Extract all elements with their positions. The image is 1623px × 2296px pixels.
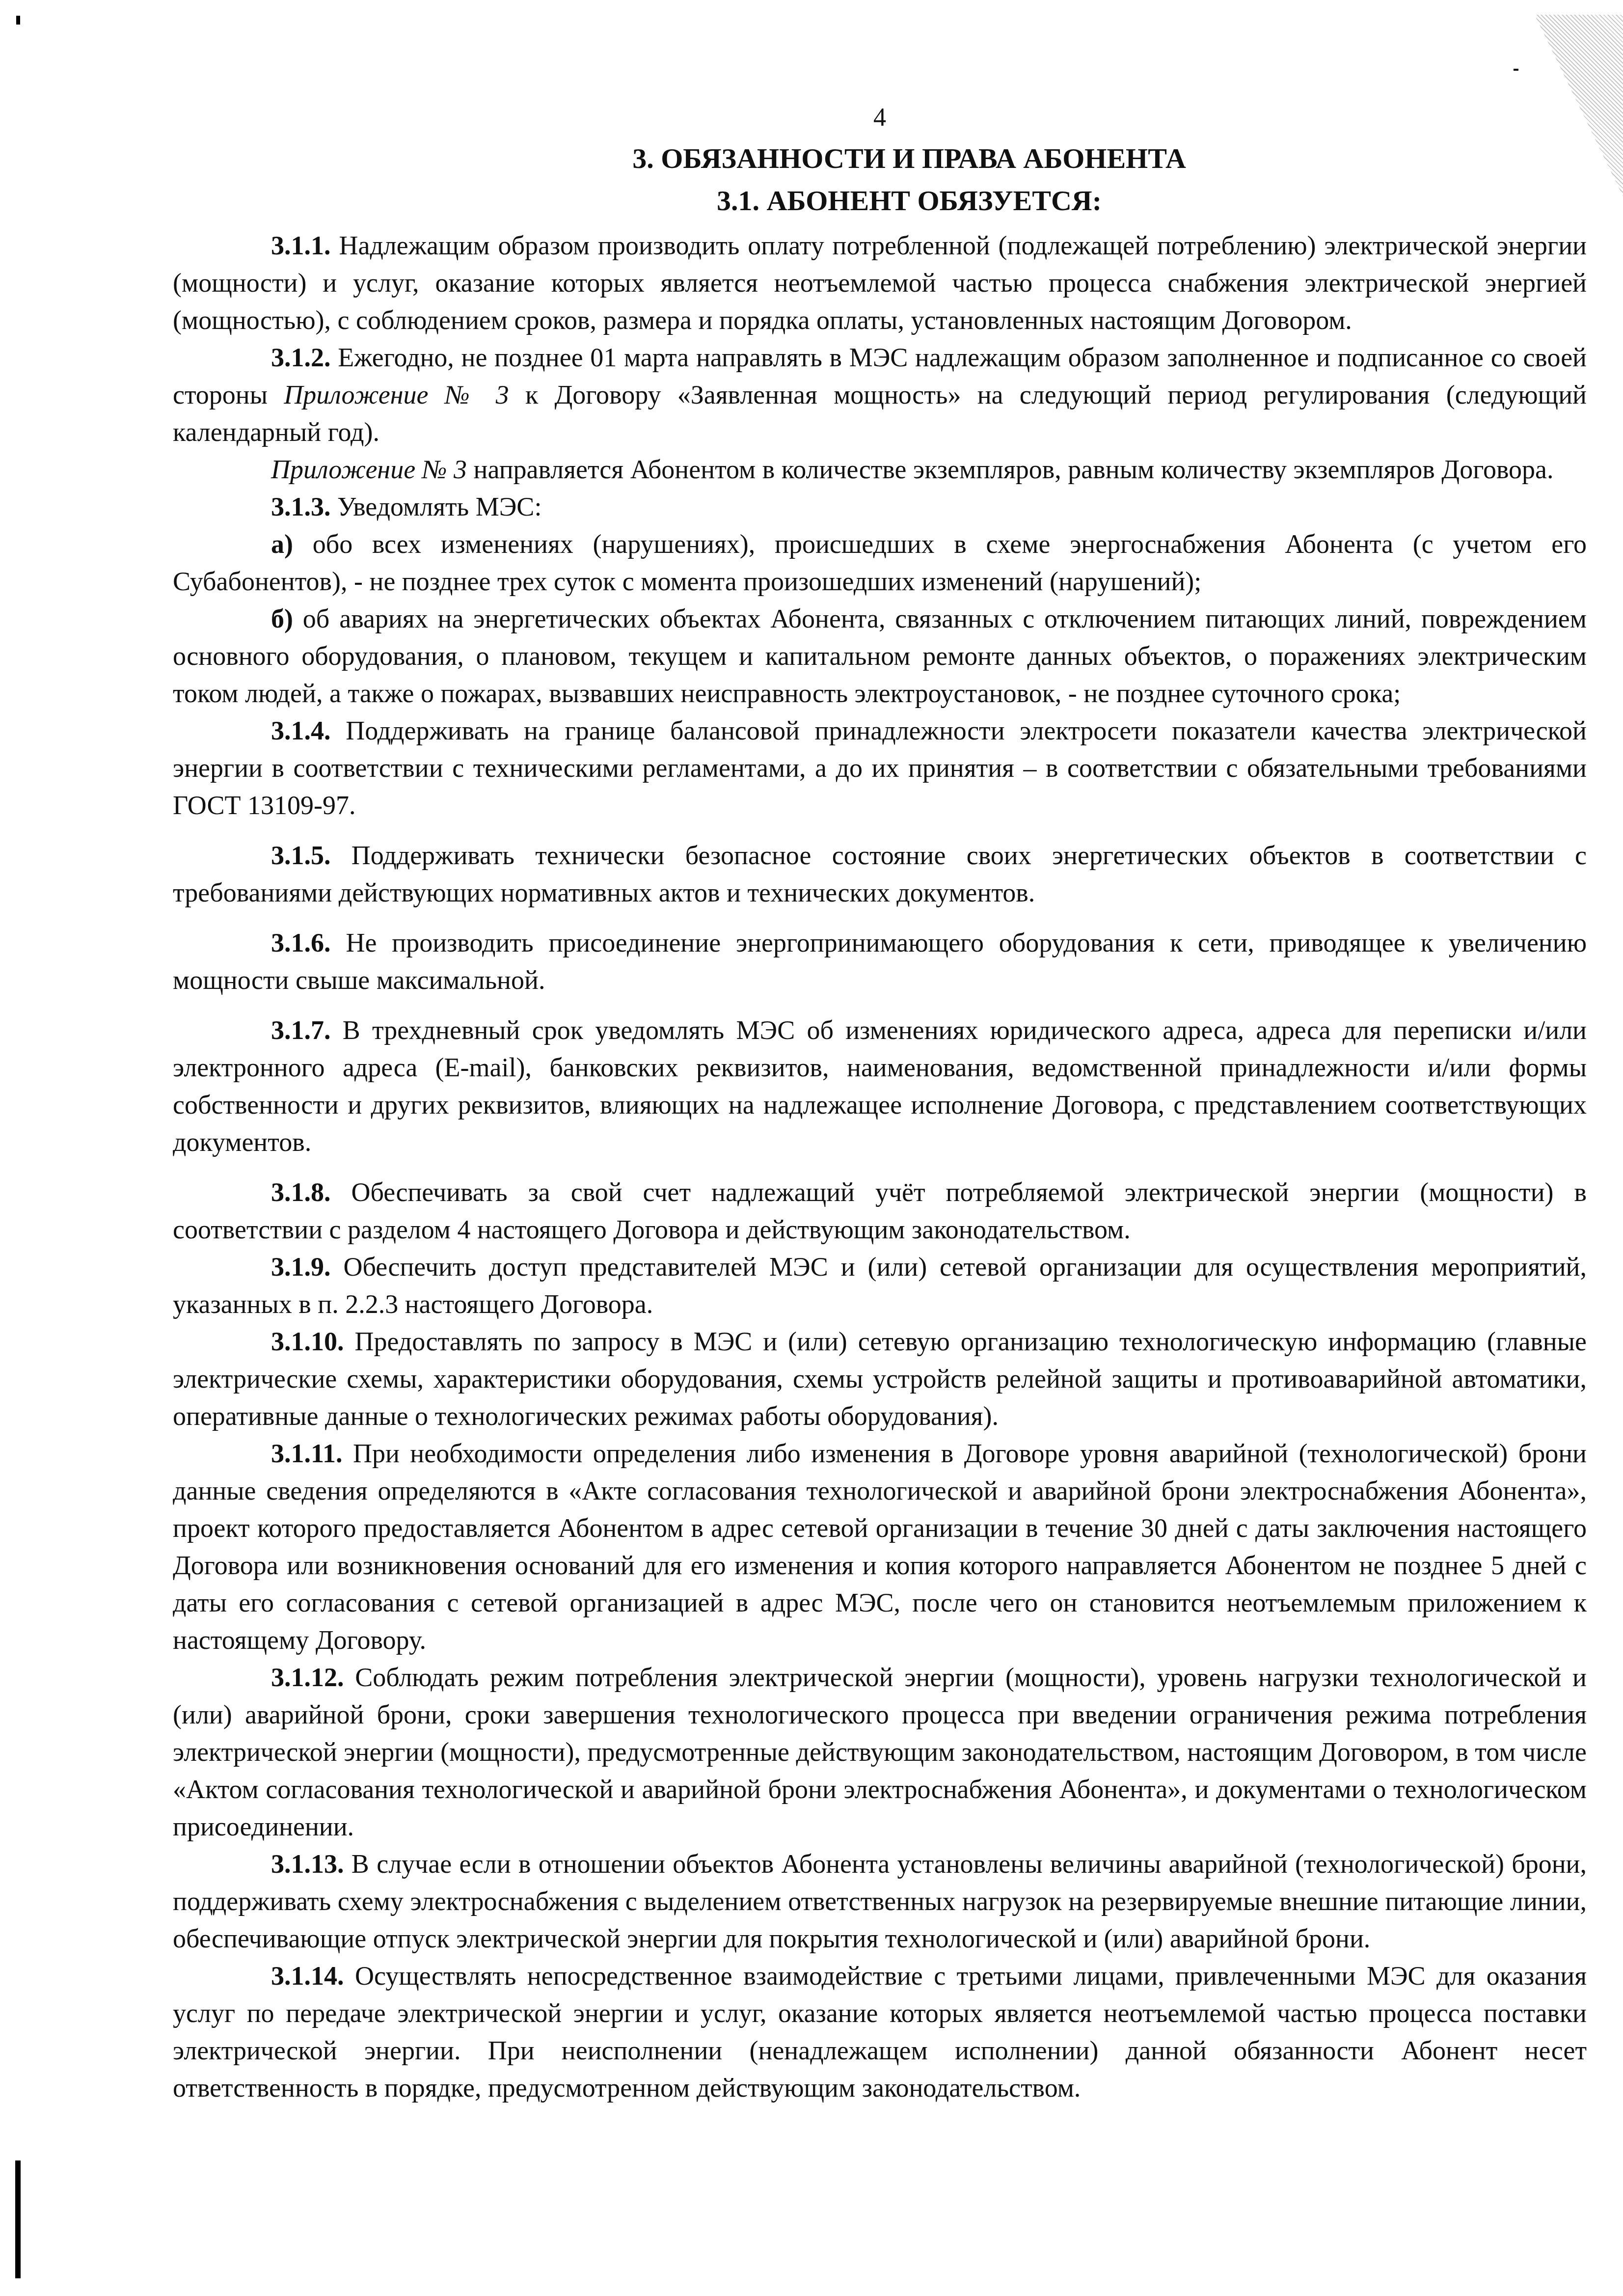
document-body: 4 3. ОБЯЗАННОСТИ И ПРАВА АБОНЕНТА 3.1. А… xyxy=(173,103,1587,2106)
clause-3-1-6: 3.1.6. Не производить присоединение энер… xyxy=(173,924,1587,999)
clause-text: об авариях на энергетических объектах Аб… xyxy=(173,604,1587,708)
clause-3-1-3: 3.1.3. Уведомлять МЭС: xyxy=(173,488,1587,525)
appendix-reference: Приложение № 3 xyxy=(284,380,509,410)
clause-3-1-8: 3.1.8. Обеспечивать за свой счет надлежа… xyxy=(173,1174,1587,1248)
clause-number: 3.1.3. xyxy=(271,492,331,521)
clause-number: 3.1.14. xyxy=(271,1961,344,1991)
appendix-reference: Приложение № 3 xyxy=(271,455,467,484)
clause-text: Обеспечить доступ представителей МЭС и (… xyxy=(173,1252,1587,1319)
clause-number: 3.1.8. xyxy=(271,1177,331,1207)
section-title: 3. ОБЯЗАННОСТИ И ПРАВА АБОНЕНТА xyxy=(232,139,1587,178)
clause-3-1-12: 3.1.12. Соблюдать режим потребления элек… xyxy=(173,1659,1587,1845)
clause-text: Не производить присоединение энергоприни… xyxy=(173,928,1587,995)
clause-3-1-3-b: б) об авариях на энергетических объектах… xyxy=(173,600,1587,712)
scanned-page: 4 3. ОБЯЗАННОСТИ И ПРАВА АБОНЕНТА 3.1. А… xyxy=(0,0,1623,2296)
clause-number: а) xyxy=(271,529,293,559)
clause-number: 3.1.6. xyxy=(271,928,331,957)
clause-number: 3.1.11. xyxy=(271,1439,343,1468)
clause-text: В трехдневный срок уведомлять МЭС об изм… xyxy=(173,1015,1587,1157)
clause-text: Предоставлять по запросу в МЭС и (или) с… xyxy=(173,1327,1587,1431)
clause-number: 3.1.2. xyxy=(271,343,331,372)
clause-3-1-9: 3.1.9. Обеспечить доступ представителей … xyxy=(173,1248,1587,1323)
clause-3-1-5: 3.1.5. Поддерживать технически безопасно… xyxy=(173,837,1587,911)
clause-number: 3.1.9. xyxy=(271,1252,331,1282)
clause-number: б) xyxy=(271,604,293,633)
clause-text: В случае если в отношении объектов Абоне… xyxy=(173,1849,1587,1953)
clause-3-1-10: 3.1.10. Предоставлять по запросу в МЭС и… xyxy=(173,1323,1587,1435)
clause-3-1-1: 3.1.1. Надлежащим образом производить оп… xyxy=(173,227,1587,339)
clause-number: 3.1.7. xyxy=(271,1015,331,1045)
clause-text: Обеспечивать за свой счет надлежащий учё… xyxy=(173,1177,1587,1244)
subsection-title: 3.1. АБОНЕНТ ОБЯЗУЕТСЯ: xyxy=(232,182,1587,220)
clause-3-1-4: 3.1.4. Поддерживать на границе балансово… xyxy=(173,712,1587,824)
page-number: 4 xyxy=(173,103,1587,133)
clause-text: Поддерживать технически безопасное состо… xyxy=(173,841,1587,907)
clause-text: Надлежащим образом производить оплату по… xyxy=(173,231,1587,335)
clause-3-1-14: 3.1.14. Осуществлять непосредственное вз… xyxy=(173,1957,1587,2106)
clause-number: 3.1.10. xyxy=(271,1327,344,1356)
clause-text: Осуществлять непосредственное взаимодейс… xyxy=(173,1961,1587,2103)
scan-speck xyxy=(1514,69,1518,71)
clause-text: Поддерживать на границе балансовой прина… xyxy=(173,716,1587,820)
scan-edge-artifact xyxy=(15,2160,21,2278)
clause-text: Соблюдать режим потребления электрическо… xyxy=(173,1663,1587,1841)
clause-number: 3.1.1. xyxy=(271,231,331,260)
clause-text: направляется Абонентом в количестве экзе… xyxy=(467,455,1554,484)
clause-3-1-2: 3.1.2. Ежегодно, не позднее 01 марта нап… xyxy=(173,339,1587,451)
clause-text: обо всех изменениях (нарушениях), происш… xyxy=(173,529,1587,596)
scan-speck xyxy=(16,16,20,25)
clause-text: При необходимости определения либо измен… xyxy=(173,1439,1587,1655)
clause-number: 3.1.12. xyxy=(271,1663,344,1692)
clause-number: 3.1.13. xyxy=(271,1849,344,1879)
clause-3-1-7: 3.1.7. В трехдневный срок уведомлять МЭС… xyxy=(173,1011,1587,1161)
clause-3-1-2-note: Приложение № 3 направляется Абонентом в … xyxy=(173,451,1587,488)
clause-3-1-13: 3.1.13. В случае если в отношении объект… xyxy=(173,1845,1587,1957)
clause-3-1-11: 3.1.11. При необходимости определения ли… xyxy=(173,1435,1587,1659)
clause-text: Уведомлять МЭС: xyxy=(331,492,542,521)
clause-number: 3.1.4. xyxy=(271,716,331,745)
clause-number: 3.1.5. xyxy=(271,841,331,870)
clause-3-1-3-a: а) обо всех изменениях (нарушениях), про… xyxy=(173,525,1587,600)
